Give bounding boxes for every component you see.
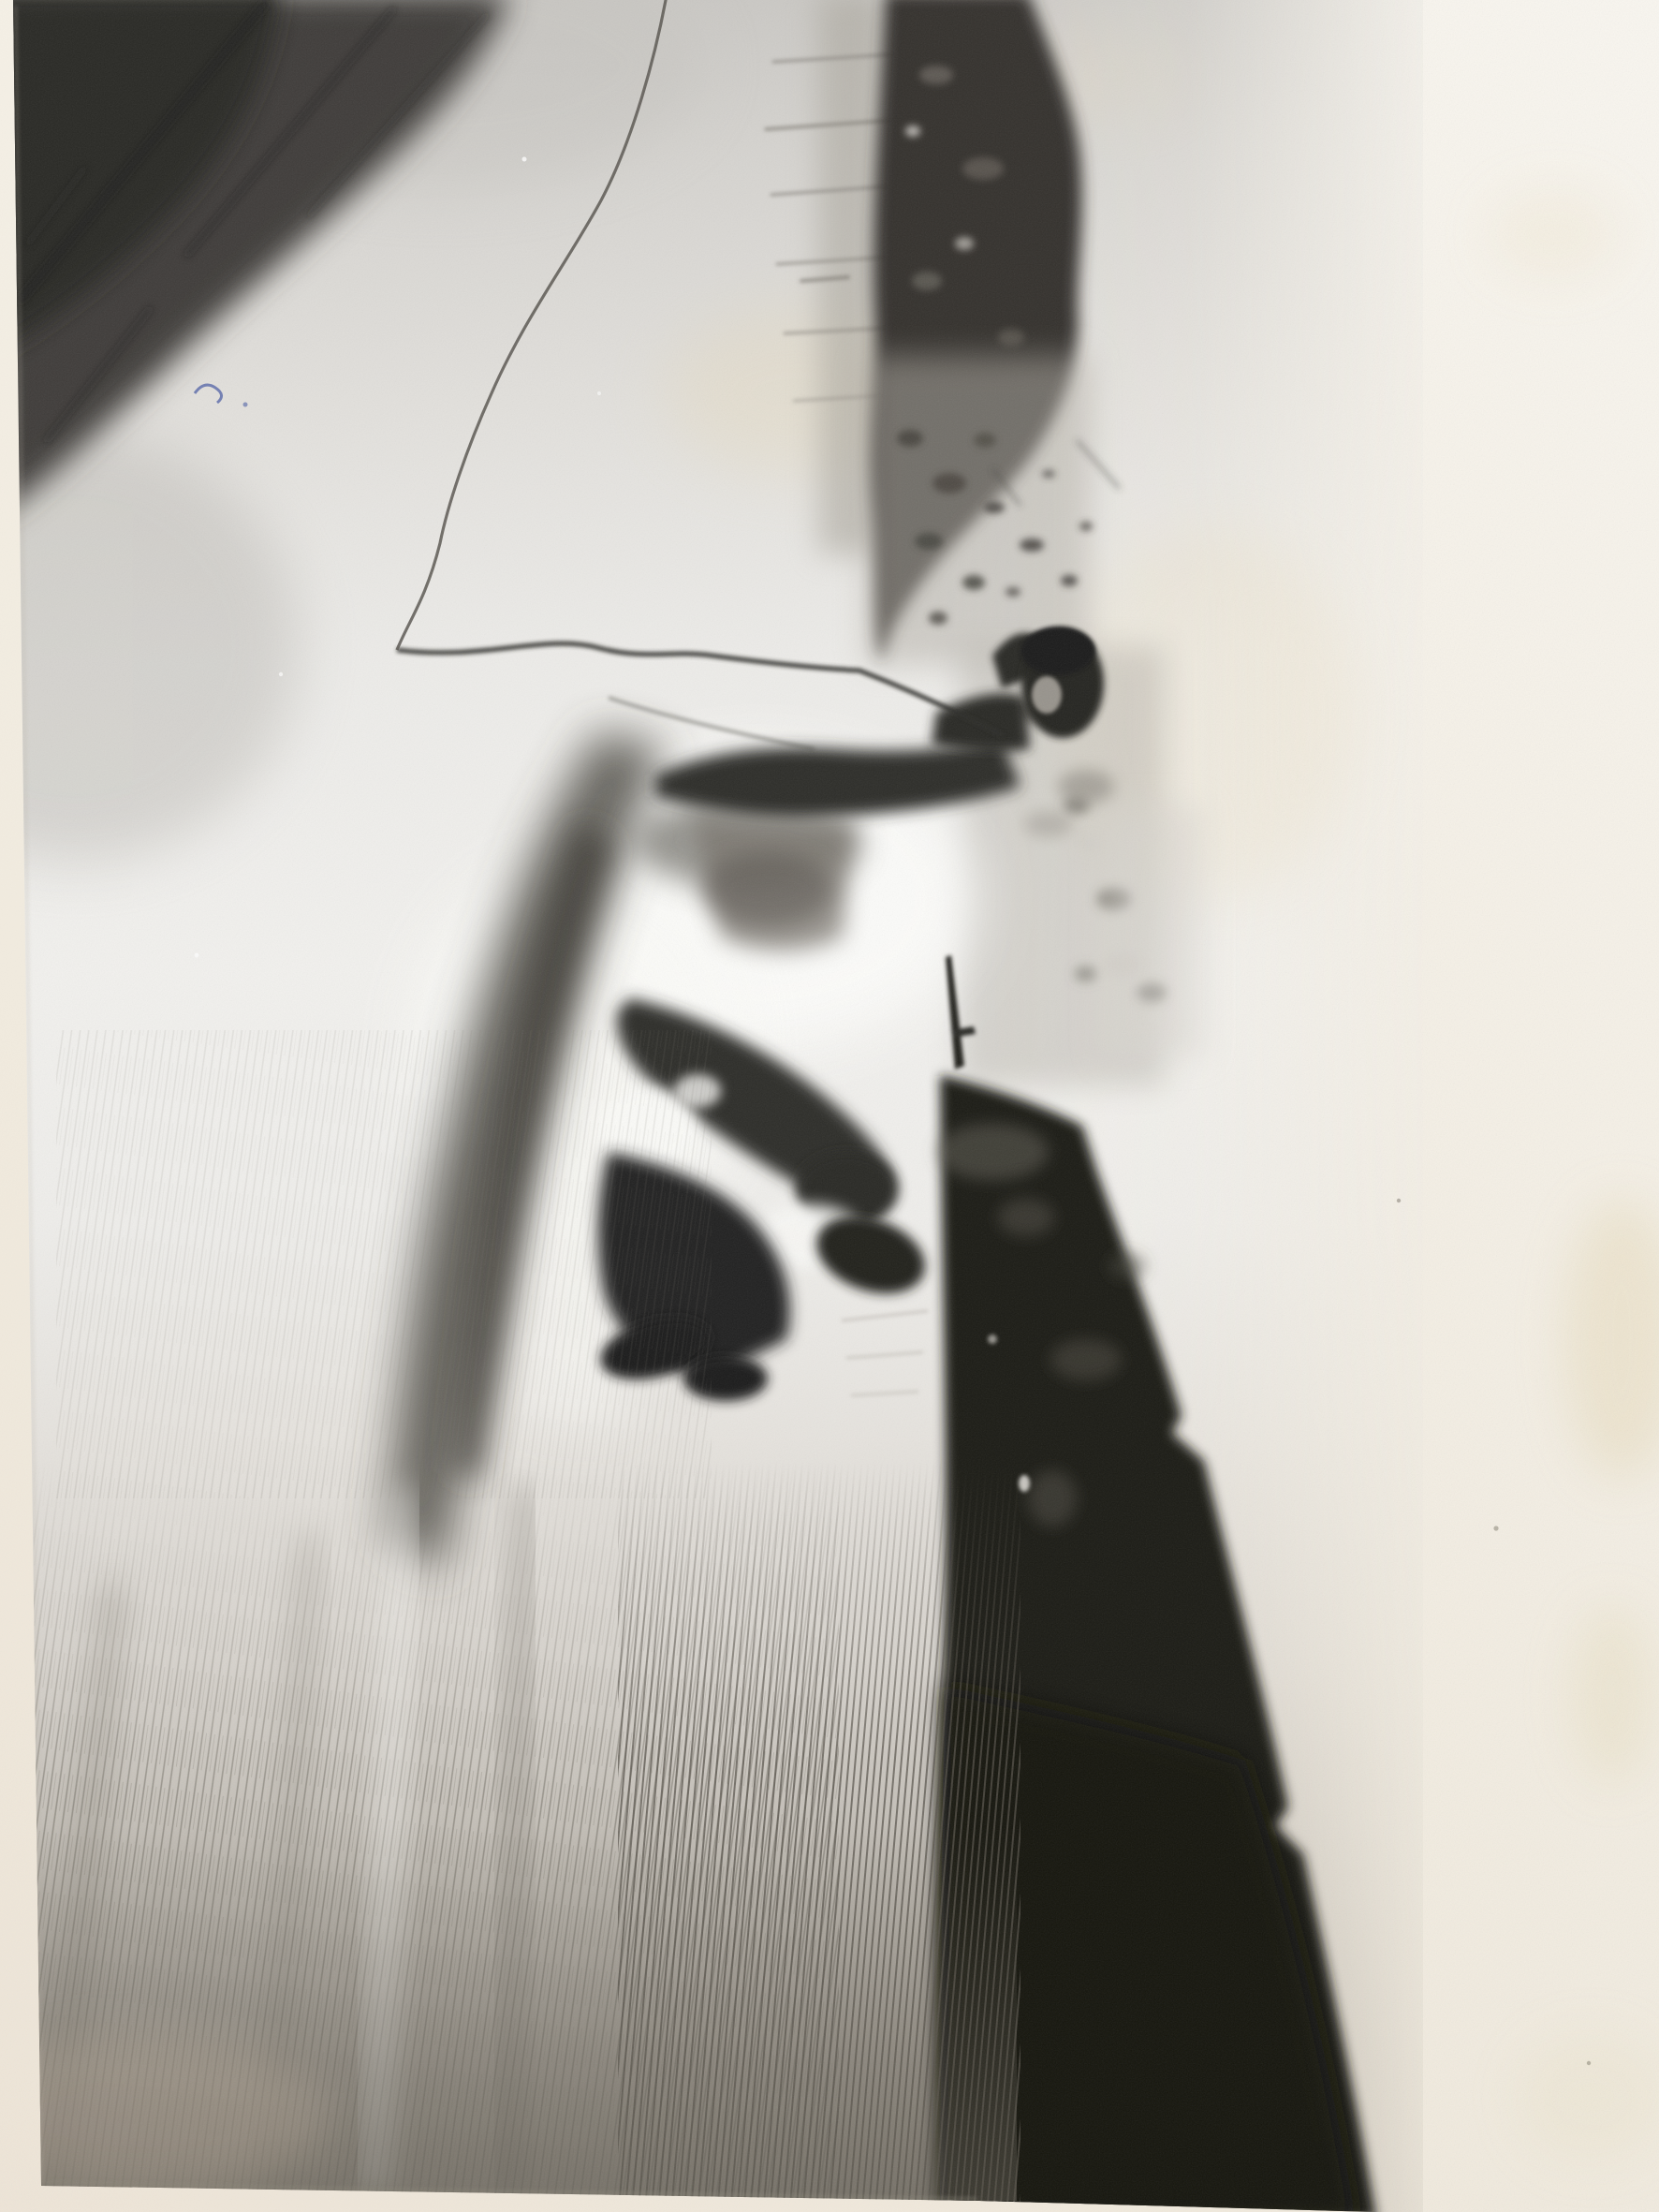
photo-scan: Scanned vintage black-and-white photogra… [0, 0, 1659, 2212]
scan-grain [0, 0, 1659, 2212]
scanned-photo-page: Scanned vintage black-and-white photogra… [0, 0, 1659, 2212]
